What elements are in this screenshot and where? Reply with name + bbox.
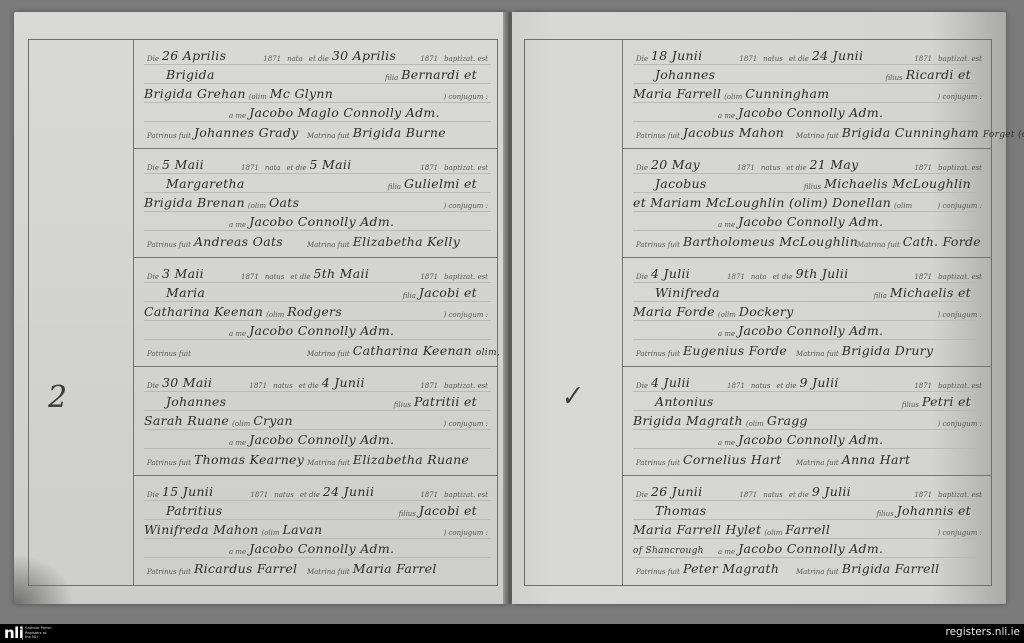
printed-label: a me <box>226 439 249 447</box>
father-name: Gulielmi et <box>404 176 477 191</box>
father-name: Petri et <box>922 394 971 409</box>
priest-line: a meJacobo Connolly Adm. <box>633 103 985 122</box>
godmother-name: Catharina Keenan <box>353 343 472 358</box>
godfather-name: Thomas Kearney <box>194 452 304 467</box>
logo-divider <box>22 627 23 640</box>
father-name: Patritii et <box>414 394 477 409</box>
sponsors-line: Patrinus fuit Matrina fuitCatharina Keen… <box>144 340 491 359</box>
date-line: Die18 Junii 1871natuset die 24 Junii 187… <box>633 46 985 65</box>
date-line: Die4 Julii 1871natuset die 9 Julii 1871b… <box>633 373 985 392</box>
date-line: Die26 Junii 1871natuset die 9 Julii 1871… <box>633 482 985 501</box>
entries-left: Die26 Aprilis 1871nataet die 30 Aprilis … <box>134 40 497 585</box>
baptism-entry: Die4 Julii 1871natuset die 9 Julii 1871b… <box>623 367 991 476</box>
printed-label: (olim <box>263 311 287 319</box>
printed-label: et die <box>297 491 323 499</box>
child-line: Brigida filiaBernardi et <box>144 65 491 84</box>
printed-label: baptizat. est <box>935 491 985 499</box>
printed-label: ) conjugum : <box>935 420 986 428</box>
mother-name: Maria Farrell <box>633 86 721 101</box>
printed-label: baptizat. est <box>935 55 985 63</box>
baptism-entry: Die15 Junii 1871natuset die 24 Junii 187… <box>134 476 497 585</box>
mother-line: Brigida Brenan (olimOats ) conjugum : <box>144 193 491 212</box>
mother-name: Sarah Ruane <box>144 413 229 428</box>
sponsors-line: Patrinus fuitCornelius Hart Matrina fuit… <box>633 449 985 468</box>
priest-name: Jacobo Maglo Connolly Adm. <box>249 105 440 120</box>
child-name: Johannes <box>166 394 226 409</box>
register-page-right: Die18 Junii 1871natuset die 24 Junii 187… <box>512 12 1006 604</box>
printed-label: filius <box>883 74 906 82</box>
child-name: Brigida <box>166 67 215 82</box>
printed-label: Patrinus fuit <box>144 241 194 249</box>
printed-label: 1871 <box>724 273 748 281</box>
priest-line: a meJacobo Connolly Adm. <box>144 321 491 340</box>
printed-label: (olim <box>245 202 269 210</box>
mother-note: of Shancrough <box>633 546 695 556</box>
mother-name: Brigida Brenan <box>144 195 245 210</box>
child-name: Winifreda <box>655 285 720 300</box>
printed-label: et die <box>287 273 313 281</box>
printed-label: natus <box>271 491 297 499</box>
father-name: Bernardi et <box>401 67 477 82</box>
printed-label: ) conjugum : <box>441 420 492 428</box>
printed-label: 1871 <box>238 164 262 172</box>
child-name: Patritius <box>166 503 222 518</box>
godmother-name: Anna Hart <box>842 452 911 467</box>
nli-logo[interactable]: nli <box>4 625 23 641</box>
mother-name: Maria Forde <box>633 304 715 319</box>
mother-name: et Mariam McLoughlin (olim) Donellan <box>633 195 891 210</box>
printed-label: filius <box>899 401 922 409</box>
mother-line: Winifreda Mahon (olimLavan ) conjugum : <box>144 520 491 539</box>
mother-maiden-name: Oats <box>269 195 299 210</box>
priest-name: Jacobo Connolly Adm. <box>738 214 883 229</box>
baptism-date: 5th Maii <box>313 266 369 281</box>
printed-label: filius <box>396 510 419 518</box>
godmother-note: Forget (olim) <box>983 130 1024 140</box>
printed-label: ) conjugum : <box>441 529 492 537</box>
date-line: Die15 Junii 1871natuset die 24 Junii 187… <box>144 482 491 501</box>
priest-name: Jacobo Connolly Adm. <box>249 432 394 447</box>
godfather-name: Peter Magrath <box>683 561 793 576</box>
godmother-name: Brigida Burne <box>353 125 446 140</box>
father-name: Jacobi et <box>419 285 477 300</box>
baptism-date: 9 Julii <box>800 375 839 390</box>
printed-label: filia <box>400 292 419 300</box>
mother-line: Maria Farrell (olimCunningham ) conjugum… <box>633 84 985 103</box>
printed-label: filius <box>801 183 824 191</box>
child-line: Winifreda filiaMichaelis et <box>633 283 985 302</box>
father-name: Johannis et <box>897 503 971 518</box>
printed-label: Patrinus fuit <box>144 568 194 576</box>
printed-label: 1871 <box>417 164 441 172</box>
sponsors-line: Patrinus fuitPeter Magrath Matrina fuitB… <box>633 558 985 577</box>
printed-label: Matrina fuit <box>793 459 842 467</box>
printed-label: Patrinus fuit <box>633 350 683 358</box>
printed-label: Die <box>144 55 162 63</box>
priest-name: Jacobo Connolly Adm. <box>738 105 883 120</box>
printed-label: 1871 <box>238 273 262 281</box>
priest-line: a meJacobo Connolly Adm. <box>144 430 491 449</box>
priest-line: a meJacobo Connolly Adm. <box>144 539 491 558</box>
godfather-name: Jacobus Mahon <box>683 125 793 140</box>
printed-label: Matrina fuit <box>793 568 842 576</box>
date-line: Die5 Maii 1871nataet die 5 Maii 1871bapt… <box>144 155 491 174</box>
birth-date: 15 Junii <box>162 484 213 499</box>
godfather-name: Andreas Oats <box>194 234 304 249</box>
birth-date: 26 Aprilis <box>162 48 226 63</box>
printed-label: 1871 <box>911 382 935 390</box>
baptism-date: 30 Aprilis <box>332 48 396 63</box>
viewer-footer: nli Catholic Parish Registers at the NLI… <box>0 624 1024 643</box>
printed-label: 1871 <box>736 491 760 499</box>
printed-label: a me <box>715 548 738 556</box>
priest-name: Jacobo Connolly Adm. <box>738 541 883 556</box>
printed-label: a me <box>715 439 738 447</box>
sponsors-line: Patrinus fuitRicardus Farrel Matrina fui… <box>144 558 491 577</box>
printed-label: (olim <box>229 420 253 428</box>
printed-label: a me <box>226 221 249 229</box>
printed-label: 1871 <box>247 491 271 499</box>
printed-label: 1871 <box>417 382 441 390</box>
child-name: Jacobus <box>655 176 707 191</box>
child-line: Antonius filiusPetri et <box>633 392 985 411</box>
printed-label: Matrina fuit <box>304 350 353 358</box>
baptism-date: 9 Julii <box>812 484 851 499</box>
mother-name: Maria Farrell Hylet <box>633 522 761 537</box>
priest-name: Jacobo Connolly Adm. <box>249 214 394 229</box>
printed-label: Die <box>144 382 162 390</box>
child-line: Jacobus filiusMichaelis McLoughlin <box>633 174 985 193</box>
printed-label: Patrinus fuit <box>144 132 194 140</box>
baptism-entry: Die20 May 1871natuset die 21 May 1871bap… <box>623 149 991 258</box>
printed-label: a me <box>226 112 249 120</box>
printed-label: et die <box>774 382 800 390</box>
printed-label: Patrinus fuit <box>633 132 683 140</box>
printed-label: baptizat. est <box>935 273 985 281</box>
printed-label: filia <box>871 292 890 300</box>
date-line: Die26 Aprilis 1871nataet die 30 Aprilis … <box>144 46 491 65</box>
margin-column <box>29 40 134 585</box>
printed-label: natus <box>758 164 784 172</box>
godmother-name: Elizabetha Kelly <box>353 234 460 249</box>
printed-label: 1871 <box>911 273 935 281</box>
sponsors-line: Patrinus fuitJohannes Grady Matrina fuit… <box>144 122 491 141</box>
printed-label: (olim <box>743 420 767 428</box>
logo-caption: Catholic Parish Registers at the NLI <box>25 626 52 640</box>
godmother-name: Elizabetha Ruane <box>353 452 469 467</box>
printed-label: Matrina fuit <box>304 568 353 576</box>
priest-line: a meJacobo Connolly Adm. <box>633 321 985 340</box>
mother-maiden-name: Lavan <box>283 522 323 537</box>
baptism-date: 9th Julii <box>796 266 849 281</box>
printed-label: 1871 <box>911 55 935 63</box>
printed-label: Matrina fuit <box>793 132 842 140</box>
baptism-entry: Die26 Aprilis 1871nataet die 30 Aprilis … <box>134 40 497 149</box>
mother-maiden-name: Dockery <box>739 304 794 319</box>
birth-date: 26 Junii <box>651 484 702 499</box>
printed-label: 1871 <box>911 491 935 499</box>
priest-line: a meJacobo Maglo Connolly Adm. <box>144 103 491 122</box>
printed-label: et die <box>786 55 812 63</box>
godfather-name: Ricardus Farrel <box>194 561 304 576</box>
mother-maiden-name: Cunningham <box>745 86 829 101</box>
printed-label: Patrinus fuit <box>633 241 683 249</box>
printed-label: baptizat. est <box>935 164 985 172</box>
sponsors-line: Patrinus fuitEugenius Forde Matrina fuit… <box>633 340 985 359</box>
printed-label: Patrinus fuit <box>633 459 683 467</box>
baptism-entry: Die4 Julii 1871nataet die 9th Julii 1871… <box>623 258 991 367</box>
baptism-entry: Die3 Maii 1871natuset die 5th Maii 1871b… <box>134 258 497 367</box>
printed-label: 1871 <box>417 491 441 499</box>
printed-label: Die <box>633 55 651 63</box>
printed-label: 1871 <box>736 55 760 63</box>
mother-maiden-name: Mc Glynn <box>270 86 333 101</box>
printed-label: Matrina fuit <box>854 241 903 249</box>
printed-label: 1871 <box>417 273 441 281</box>
mother-maiden-name: Gragg <box>767 413 808 428</box>
printed-label: 1871 <box>417 55 441 63</box>
printed-label: natus <box>760 55 786 63</box>
printed-label: Die <box>633 164 651 172</box>
printed-label: Die <box>633 491 651 499</box>
birth-date: 4 Julii <box>651 375 690 390</box>
printed-label: baptizat. est <box>441 164 491 172</box>
printed-label: ) conjugum : <box>935 311 986 319</box>
printed-label: ) conjugum : <box>441 311 492 319</box>
priest-name: Jacobo Connolly Adm. <box>249 541 394 556</box>
godfather-name: Bartholomeus McLoughlin <box>683 234 854 249</box>
printed-label: 1871 <box>260 55 284 63</box>
baptism-date: 21 May <box>809 157 858 172</box>
date-line: Die3 Maii 1871natuset die 5th Maii 1871b… <box>144 264 491 283</box>
logo-caption-line: the NLI <box>25 635 38 639</box>
mother-line: Brigida Grehan (olimMc Glynn ) conjugum … <box>144 84 491 103</box>
child-line: Margaretha filiaGulielmi et <box>144 174 491 193</box>
printed-label: ) conjugum : <box>441 202 492 210</box>
child-name: Thomas <box>655 503 706 518</box>
printed-label: (olim <box>258 529 282 537</box>
logo-caption-line: Catholic Parish <box>25 626 52 630</box>
baptism-date: 24 Junii <box>812 48 863 63</box>
printed-label: 1871 <box>724 382 748 390</box>
printed-label: (olim <box>715 311 739 319</box>
printed-label: Matrina fuit <box>304 241 353 249</box>
printed-label: natus <box>270 382 296 390</box>
printed-label: a me <box>715 112 738 120</box>
mother-line: Maria Forde (olimDockery ) conjugum : <box>633 302 985 321</box>
printed-label: et die <box>786 491 812 499</box>
birth-date: 18 Junii <box>651 48 702 63</box>
printed-label: (olim <box>891 202 915 210</box>
printed-label: natus <box>262 273 288 281</box>
printed-label: Patrinus fuit <box>144 459 194 467</box>
godfather-name: Cornelius Hart <box>683 452 793 467</box>
printed-label: natus <box>748 382 774 390</box>
child-line: Patritius filiusJacobi et <box>144 501 491 520</box>
printed-label: ) conjugum : <box>935 93 986 101</box>
mother-line: et Mariam McLoughlin (olim) Donellan (ol… <box>633 193 985 212</box>
printed-label: filius <box>391 401 414 409</box>
mother-name: Brigida Grehan <box>144 86 246 101</box>
printed-label: Matrina fuit <box>304 132 353 140</box>
mother-line: Maria Farrell Hylet (olimFarrell ) conju… <box>633 520 985 539</box>
date-line: Die4 Julii 1871nataet die 9th Julii 1871… <box>633 264 985 283</box>
printed-label: baptizat. est <box>441 273 491 281</box>
godmother-name: Brigida Drury <box>842 343 934 358</box>
printed-label: baptizat. est <box>441 55 491 63</box>
child-line: Johannes filiusPatritii et <box>144 392 491 411</box>
printed-label: a me <box>715 330 738 338</box>
printed-label: 1871 <box>911 164 935 172</box>
priest-line: a meJacobo Connolly Adm. <box>144 212 491 231</box>
godmother-name: Brigida Cunningham <box>842 125 979 140</box>
printed-label: Matrina fuit <box>793 350 842 358</box>
printed-label: a me <box>226 548 249 556</box>
printed-label: ) conjugum : <box>441 93 492 101</box>
mother-line: Catharina Keenan (olimRodgers ) conjugum… <box>144 302 491 321</box>
printed-label: Die <box>633 382 651 390</box>
father-name: Michaelis McLoughlin <box>824 176 971 191</box>
child-line: Johannes filiusRicardi et <box>633 65 985 84</box>
mother-line: Brigida Magrath (olimGragg ) conjugum : <box>633 411 985 430</box>
date-line: Die20 May 1871natuset die 21 May 1871bap… <box>633 155 985 174</box>
printed-label: baptizat. est <box>935 382 985 390</box>
godfather-name: Johannes Grady <box>194 125 304 140</box>
sponsors-line: Patrinus fuitBartholomeus McLoughlin Mat… <box>633 231 985 250</box>
printed-label: Patrinus fuit <box>144 350 194 358</box>
printed-label: filia <box>385 183 404 191</box>
birth-date: 5 Maii <box>162 157 204 172</box>
child-name: Antonius <box>655 394 714 409</box>
printed-label: et die <box>283 164 309 172</box>
mother-maiden-name: Cryan <box>253 413 293 428</box>
priest-line: of Shancrough a meJacobo Connolly Adm. <box>633 539 985 558</box>
child-line: Thomas filiusJohannis et <box>633 501 985 520</box>
mother-maiden-name: Farrell <box>785 522 830 537</box>
margin-column <box>525 40 623 585</box>
printed-label: filia <box>382 74 401 82</box>
site-url-link[interactable]: registers.nli.ie <box>945 626 1020 638</box>
sponsors-line: Patrinus fuitThomas Kearney Matrina fuit… <box>144 449 491 468</box>
baptism-date: 5 Maii <box>310 157 352 172</box>
printed-label: Die <box>633 273 651 281</box>
priest-line: a meJacobo Connolly Adm. <box>633 212 985 231</box>
printed-label: nata <box>262 164 284 172</box>
printed-label: et die <box>306 55 332 63</box>
printed-label: Patrinus fuit <box>633 568 683 576</box>
entries-right: Die18 Junii 1871natuset die 24 Junii 187… <box>623 40 991 585</box>
sponsors-line: Patrinus fuitAndreas Oats Matrina fuitEl… <box>144 231 491 250</box>
printed-label: ) conjugum : <box>935 202 986 210</box>
priest-name: Jacobo Connolly Adm. <box>738 432 883 447</box>
baptism-entry: Die30 Maii 1871natuset die 4 Junii 1871b… <box>134 367 497 476</box>
logo-caption-line: Registers at <box>25 631 46 635</box>
baptism-entry: Die18 Junii 1871natuset die 24 Junii 187… <box>623 40 991 149</box>
mother-name: Winifreda Mahon <box>144 522 258 537</box>
baptism-date: 4 Junii <box>322 375 365 390</box>
printed-label: filius <box>874 510 897 518</box>
printed-label: et die <box>770 273 796 281</box>
page-frame: Die26 Aprilis 1871nataet die 30 Aprilis … <box>28 39 498 586</box>
printed-label: (olim <box>761 529 785 537</box>
baptism-entry: Die5 Maii 1871nataet die 5 Maii 1871bapt… <box>134 149 497 258</box>
godmother-name: Brigida Farrell <box>842 561 940 576</box>
mother-maiden-name: Rodgers <box>287 304 342 319</box>
printed-label: 1871 <box>246 382 270 390</box>
printed-label: Matrina fuit <box>304 459 353 467</box>
priest-name: Jacobo Connolly Adm. <box>738 323 883 338</box>
printed-label: et die <box>296 382 322 390</box>
printed-label: Die <box>144 273 162 281</box>
father-name: Ricardi et <box>906 67 971 82</box>
birth-date: 20 May <box>651 157 700 172</box>
birth-date: 3 Maii <box>162 266 204 281</box>
check-mark-icon: ✓ <box>558 380 585 413</box>
godmother-name: Cath. Forde <box>903 234 981 249</box>
priest-line: a meJacobo Connolly Adm. <box>633 430 985 449</box>
child-line: Maria filiaJacobi et <box>144 283 491 302</box>
sponsors-line: Patrinus fuitJacobus Mahon Matrina fuitB… <box>633 122 985 141</box>
mother-line: Sarah Ruane (olimCryan ) conjugum : <box>144 411 491 430</box>
printed-label: a me <box>715 221 738 229</box>
printed-label: 1871 <box>734 164 758 172</box>
printed-label: ) conjugum : <box>935 529 986 537</box>
father-name: Michaelis et <box>890 285 971 300</box>
printed-label: (olim <box>721 93 745 101</box>
printed-label: nata <box>748 273 770 281</box>
page-frame: Die18 Junii 1871natuset die 24 Junii 187… <box>524 39 992 586</box>
child-name: Margaretha <box>166 176 245 191</box>
printed-label: natus <box>760 491 786 499</box>
godfather-name: Eugenius Forde <box>683 343 793 358</box>
printed-label: baptizat. est <box>441 491 491 499</box>
mother-name: Catharina Keenan <box>144 304 263 319</box>
margin-number-mark: 2 <box>48 380 67 415</box>
document-viewer[interactable]: Die26 Aprilis 1871nataet die 30 Aprilis … <box>0 0 1024 624</box>
mother-name: Brigida Magrath <box>633 413 743 428</box>
child-name: Maria <box>166 285 205 300</box>
printed-label: a me <box>226 330 249 338</box>
printed-label: Die <box>144 164 162 172</box>
child-name: Johannes <box>655 67 715 82</box>
birth-date: 4 Julii <box>651 266 690 281</box>
printed-label: et die <box>783 164 809 172</box>
baptism-date: 24 Junii <box>323 484 374 499</box>
baptism-entry: Die26 Junii 1871natuset die 9 Julii 1871… <box>623 476 991 585</box>
godmother-name: Maria Farrel <box>353 561 437 576</box>
date-line: Die30 Maii 1871natuset die 4 Junii 1871b… <box>144 373 491 392</box>
father-name: Jacobi et <box>419 503 477 518</box>
printed-label: Die <box>144 491 162 499</box>
register-page-left: Die26 Aprilis 1871nataet die 30 Aprilis … <box>14 12 508 604</box>
printed-label: nata <box>284 55 306 63</box>
printed-label: (olim <box>246 93 270 101</box>
priest-name: Jacobo Connolly Adm. <box>249 323 394 338</box>
printed-label: baptizat. est <box>441 382 491 390</box>
birth-date: 30 Maii <box>162 375 212 390</box>
